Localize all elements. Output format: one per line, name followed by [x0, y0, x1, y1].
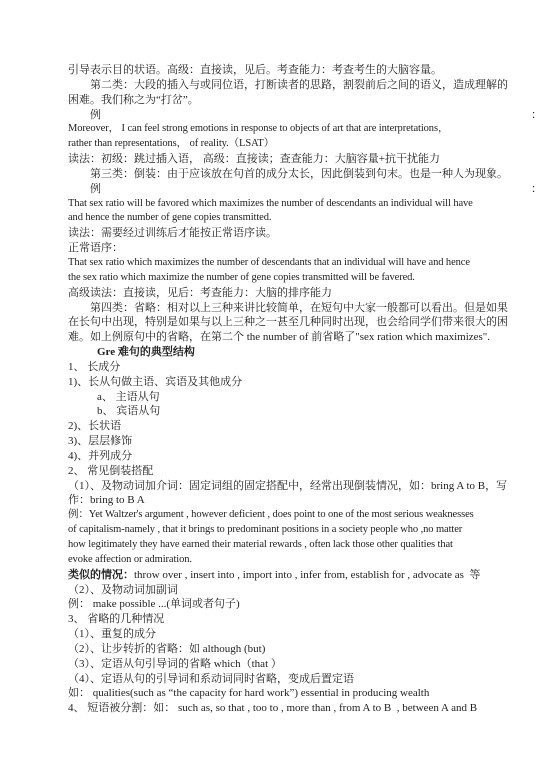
- text-line: 读法：需要经过训练后才能按正常语序读。: [68, 226, 488, 241]
- text-line: That sex ratio which maximizes the numbe…: [68, 256, 488, 271]
- text-line: and hence the number of gene copies tran…: [68, 211, 488, 226]
- text-line: （2）、及物动词加副词: [68, 583, 488, 598]
- text-line: 例：Yet Waltzer's argument , however defic…: [68, 508, 488, 523]
- text-line: （1）、及物动词加介词：固定词组的固定搭配中，经常出现倒装情况，如：bring …: [68, 479, 488, 494]
- example-marker-line: 例：: [68, 108, 542, 123]
- text-line: 类似的情况：throw over , insert into , import …: [68, 568, 488, 583]
- document-body: 引导表示目的状语。高级：直接读，见后。考查能力：考查考生的大脑容量。第二类：大段…: [68, 63, 488, 716]
- text-line: evoke affection or admiration.: [68, 553, 488, 568]
- text-line: 引导表示目的状语。高级：直接读，见后。考查能力：考查考生的大脑容量。: [68, 63, 488, 78]
- example-label: 例: [90, 108, 101, 123]
- trailing-colon: ：: [531, 108, 542, 123]
- text-line: rather than representations， of reality.…: [68, 137, 488, 152]
- text-line: 作：bring to B A: [68, 493, 488, 508]
- text-line: 1、 长成分: [68, 360, 488, 375]
- trailing-colon: ：: [531, 182, 542, 197]
- text-line: （1）、重复的成分: [68, 627, 488, 642]
- text-line: the sex ratio which maximize the number …: [68, 271, 488, 286]
- text-line: b、 宾语从句: [68, 404, 488, 419]
- text-line: 1)、长从句做主语、宾语及其他成分: [68, 375, 488, 390]
- text-line: 2)、长状语: [68, 419, 488, 434]
- text-line: （4）、定语从句的引导词和系动词同时省略，变成后置定语: [68, 672, 488, 687]
- text-line: 难。如上例原句中的省略，在第二个 the number of 前省略了"sex …: [68, 330, 488, 345]
- text-line: 读法：初级：跳过插入语， 高级：直接读；查查能力：大脑容量+抗干扰能力: [68, 152, 488, 167]
- text-line: 3、 省略的几种情况: [68, 612, 488, 627]
- text-line: 高级读法：直接读，见后：考查能力：大脑的排序能力: [68, 286, 488, 301]
- text-line: how legitimately they have earned their …: [68, 538, 488, 553]
- text-line: 在长句中出现，特别是如果与以上三种之一甚至几种同时出现，也会给同学们带来很大的困: [68, 315, 488, 330]
- text-line: 例： make possible ...(单词或者句子): [68, 597, 488, 612]
- example-marker-line: 例：: [68, 182, 542, 197]
- text-line: That sex ratio will be favored which max…: [68, 197, 488, 212]
- text-line: （3）、定语从句引导词的省略 which（that ）: [68, 657, 488, 672]
- example-label: 例: [90, 182, 101, 197]
- text-line: 4、 短语被分割：如： such as, so that , too to , …: [68, 701, 488, 716]
- text-line: 第二类：大段的插入与或同位语，打断读者的思路，割裂前后之间的语义，造成理解的: [68, 78, 488, 93]
- text-line: a、 主语从句: [68, 390, 488, 405]
- text-line: 3)、层层修饰: [68, 434, 488, 449]
- text-line: 正常语序：: [68, 241, 488, 256]
- text-line: 第三类：倒装：由于应该放在句首的成分太长，因此倒装到句末。也是一种人为现象。: [68, 167, 488, 182]
- text-line: 困难。我们称之为“打岔”。: [68, 93, 488, 108]
- text-line: 第四类：省略：相对以上三种来讲比较简单，在短句中大家一般都可以看出。但是如果: [68, 301, 488, 316]
- text-line: （2）、让步转折的省略：如 although (but): [68, 642, 488, 657]
- text-line: 如： qualities(such as “the capacity for h…: [68, 686, 488, 701]
- text-line: 4)、并列成分: [68, 449, 488, 464]
- section-heading: Gre 难句的典型结构: [68, 345, 488, 360]
- text-line: Moreover， I can feel strong emotions in …: [68, 122, 488, 137]
- line-lead-bold: 类似的情况：: [68, 569, 134, 581]
- text-line: 2、 常见倒装搭配: [68, 464, 488, 479]
- text-line: of capitalism-namely , that it brings to…: [68, 523, 488, 538]
